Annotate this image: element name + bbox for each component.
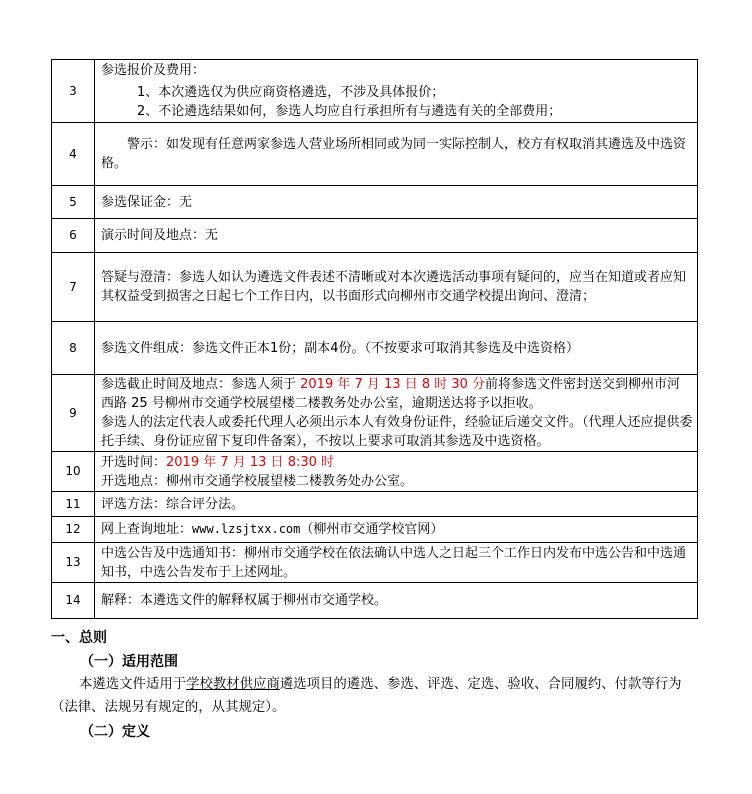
row-content: 评选方法：综合评分法。: [95, 492, 698, 517]
table-row: 5 参选保证金：无: [52, 186, 698, 219]
row-number: 8: [52, 322, 95, 375]
row-content: 参选报价及费用： 1、本次遴选仅为供应商资格遴选，不涉及具体报价； 2、不论遴选…: [95, 60, 698, 123]
deadline-prefix: 参选截止时间及地点：参选人须于: [101, 377, 300, 392]
open-place: 开选地点：柳州市交通学校展望楼二楼教务处办公室。: [101, 472, 693, 491]
table-row: 6 演示时间及地点：无: [52, 219, 698, 253]
warning-text: 警示：如发现有任意两家参选人营业场所相同或为同一实际控制人，校方有权取消其遴选及…: [101, 135, 693, 173]
section-heading: 一、总则: [51, 627, 107, 647]
table-row: 9 参选截止时间及地点：参选人须于 2019 年 7 月 13 日 8 时 30…: [52, 375, 698, 452]
row-number: 9: [52, 375, 95, 452]
row-number: 12: [52, 517, 95, 543]
row-number: 10: [52, 452, 95, 492]
table-row: 14 解释：本遴选文件的解释权属于柳州市交通学校。: [52, 583, 698, 619]
row-number: 5: [52, 186, 95, 219]
row-number: 7: [52, 253, 95, 322]
deadline-value: 2019 年 7 月 13 日 8 时 30 分: [300, 377, 485, 392]
row-number: 14: [52, 583, 95, 619]
url-note: （柳州市交通学校官网）: [300, 522, 443, 537]
table-row: 10 开选时间：2019 年 7 月 13 日 8:30 时 开选地点：柳州市交…: [52, 452, 698, 492]
row-content: 答疑与澄清：参选人如认为遴选文件表述不清晰或对本次遴选活动事项有疑问的，应当在知…: [95, 253, 698, 322]
table-row: 3 参选报价及费用： 1、本次遴选仅为供应商资格遴选，不涉及具体报价； 2、不论…: [52, 60, 698, 123]
row-content: 网上查询地址：www.lzsjtxx.com（柳州市交通学校官网）: [95, 517, 698, 543]
row-content: 警示：如发现有任意两家参选人营业场所相同或为同一实际控制人，校方有权取消其遴选及…: [95, 123, 698, 186]
list-item: 2、不论遴选结果如何，参选人均应自行承担所有与遴选有关的全部费用；: [101, 102, 693, 121]
website-link[interactable]: www.lzsjtxx.com: [192, 522, 300, 536]
table-row: 13 中选公告及中选通知书：柳州市交通学校在依法确认中选人之日起三个工作日内发布…: [52, 543, 698, 583]
row-number: 13: [52, 543, 95, 583]
table-row: 11 评选方法：综合评分法。: [52, 492, 698, 517]
open-time-value: 2019 年 7 月 13 日 8:30 时: [166, 455, 334, 470]
row-content: 开选时间：2019 年 7 月 13 日 8:30 时 开选地点：柳州市交通学校…: [95, 452, 698, 492]
row-content: 中选公告及中选通知书：柳州市交通学校在依法确认中选人之日起三个工作日内发布中选公…: [95, 543, 698, 583]
row-content: 参选保证金：无: [95, 186, 698, 219]
row-title: 参选报价及费用：: [101, 61, 693, 80]
table-row: 7 答疑与澄清：参选人如认为遴选文件表述不清晰或对本次遴选活动事项有疑问的，应当…: [52, 253, 698, 322]
row-number: 11: [52, 492, 95, 517]
table-row: 4 警示：如发现有任意两家参选人营业场所相同或为同一实际控制人，校方有权取消其遴…: [52, 123, 698, 186]
row-content: 解释：本遴选文件的解释权属于柳州市交通学校。: [95, 583, 698, 619]
terms-table: 3 参选报价及费用： 1、本次遴选仅为供应商资格遴选，不涉及具体报价； 2、不论…: [51, 59, 698, 619]
list-item: 1、本次遴选仅为供应商资格遴选，不涉及具体报价；: [101, 83, 693, 102]
para-text: 本遴选文件适用于: [79, 677, 186, 692]
row-number: 6: [52, 219, 95, 253]
scope-paragraph: 本遴选文件适用于学校教材供应商遴选项目的遴选、参选、评选、定选、验收、合同履约、…: [51, 673, 697, 719]
representative-text: 参选人的法定代表人或委托代理人必须出示本人有效身份证件，经验证后递交文件。（代理…: [101, 413, 693, 451]
subsection-heading-scope: （一）适用范围: [80, 651, 178, 671]
row-content: 参选文件组成：参选文件正本1份；副本4份。（不按要求可取消其参选及中选资格）: [95, 322, 698, 375]
row-number: 3: [52, 60, 95, 123]
table-row: 12 网上查询地址：www.lzsjtxx.com（柳州市交通学校官网）: [52, 517, 698, 543]
url-label: 网上查询地址：: [101, 522, 192, 537]
table-row: 8 参选文件组成：参选文件正本1份；副本4份。（不按要求可取消其参选及中选资格）: [52, 322, 698, 375]
underlined-project-name: 学校教材供应商: [186, 677, 280, 692]
row-content: 参选截止时间及地点：参选人须于 2019 年 7 月 13 日 8 时 30 分…: [95, 375, 698, 452]
row-content: 演示时间及地点：无: [95, 219, 698, 253]
open-time-label: 开选时间：: [101, 455, 166, 470]
row-number: 4: [52, 123, 95, 186]
subsection-heading-definition: （二）定义: [80, 721, 150, 741]
